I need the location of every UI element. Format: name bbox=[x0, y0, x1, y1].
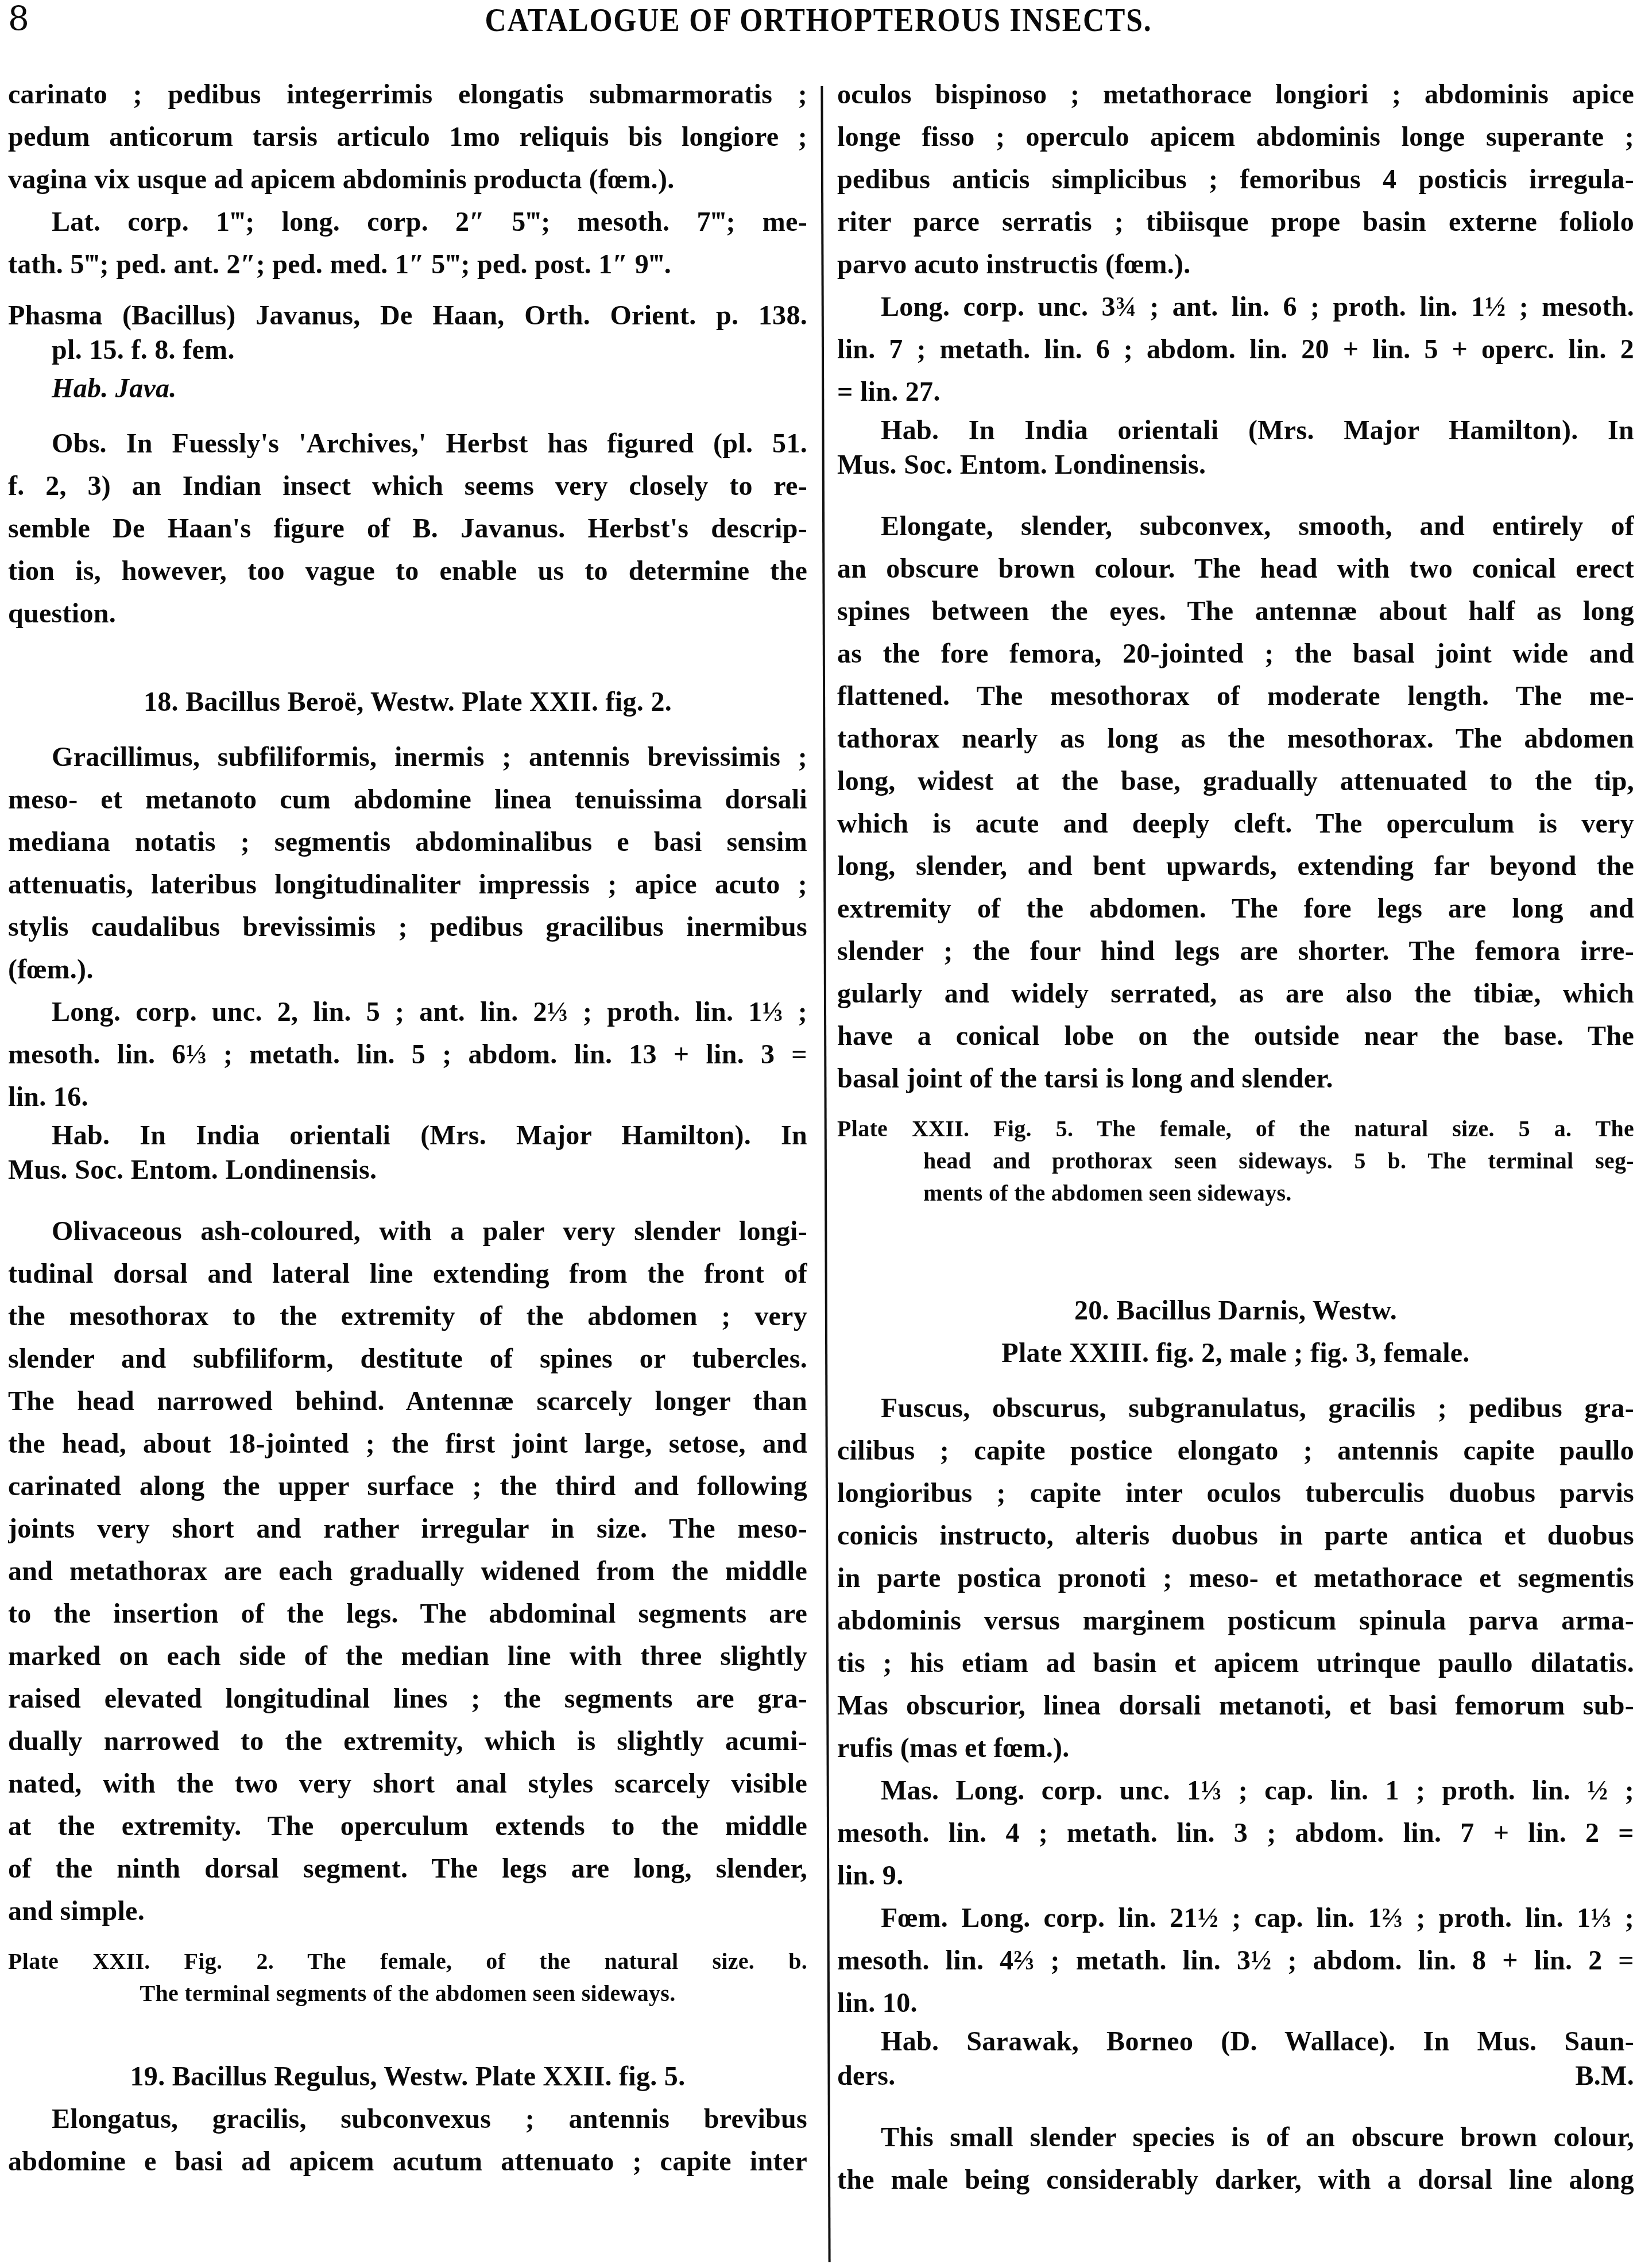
species-heading: 20. Bacillus Darnis, Westw. bbox=[837, 1290, 1634, 1332]
text-line: pedibus anticis simplicibus ; femoribus … bbox=[837, 158, 1634, 201]
text-line: Lat. corp. 1‴; long. corp. 2″ 5‴; mesoth… bbox=[8, 201, 807, 243]
habitat-line: Hab. Java. bbox=[8, 367, 807, 410]
column-divider bbox=[821, 86, 830, 2262]
text-line: spines between the eyes. The antennæ abo… bbox=[837, 590, 1634, 633]
text-line: The head narrowed behind. Antennæ scarce… bbox=[8, 1380, 807, 1423]
text-line: which is acute and deeply cleft. The ope… bbox=[837, 803, 1634, 845]
text-line: tudinal dorsal and lateral line extendin… bbox=[8, 1253, 807, 1295]
habitat-line: Mus. Soc. Entom. Londinensis. bbox=[837, 448, 1634, 482]
text-line: basal joint of the tarsi is long and sle… bbox=[837, 1058, 1634, 1100]
text-line: at the extremity. The operculum extends … bbox=[8, 1805, 807, 1848]
text-line: This small slender species is of an obsc… bbox=[837, 2116, 1634, 2159]
text-line: f. 2, 3) an Indian insect which seems ve… bbox=[8, 465, 807, 508]
text-line: slender and subfiliform, destitute of sp… bbox=[8, 1338, 807, 1380]
text-line: lin. 7 ; metath. lin. 6 ; abdom. lin. 20… bbox=[837, 328, 1634, 371]
text-line: an obscure brown colour. The head with t… bbox=[837, 548, 1634, 590]
text-line: to the insertion of the legs. The abdomi… bbox=[8, 1593, 807, 1635]
text-line: abdominis versus marginem posticum spinu… bbox=[837, 1600, 1634, 1642]
species-heading: 19. Bacillus Regulus, Westw. Plate XXII.… bbox=[8, 2056, 807, 2098]
plate-caption: head and prothorax seen sideways. 5 b. T… bbox=[837, 1145, 1634, 1177]
text-line: cilibus ; capite postice elongato ; ante… bbox=[837, 1430, 1634, 1472]
text-line: Long. corp. unc. 3¾ ; ant. lin. 6 ; prot… bbox=[837, 286, 1634, 328]
text-line: tion is, however, too vague to enable us… bbox=[8, 550, 807, 593]
text-line: Phasma (Bacillus) Javanus, De Haan, Orth… bbox=[8, 299, 807, 333]
habitat-line: ders. B.M. bbox=[837, 2059, 1634, 2093]
text-line: rufis (mas et fœm.). bbox=[837, 1727, 1634, 1770]
text-line: Fœm. Long. corp. lin. 21½ ; cap. lin. 1⅔… bbox=[837, 1897, 1634, 1940]
text-line: raised elevated longitudinal lines ; the… bbox=[8, 1678, 807, 1720]
text-line: mesoth. lin. 4 ; metath. lin. 3 ; abdom.… bbox=[837, 1812, 1634, 1855]
species-20-entry: 20. Bacillus Darnis, Westw. Plate XXIII.… bbox=[837, 1290, 1634, 2201]
text-line: long, widest at the base, gradually atte… bbox=[837, 760, 1634, 803]
text-line: the head, about 18-jointed ; the first j… bbox=[8, 1423, 807, 1465]
text-line: vagina vix usque ad apicem abdominis pro… bbox=[8, 158, 807, 201]
text-line: tath. 5‴; ped. ant. 2″; ped. med. 1″ 5‴;… bbox=[8, 243, 807, 286]
text-line: the mesothorax to the extremity of the a… bbox=[8, 1295, 807, 1338]
text-line: slender ; the four hind legs are shorter… bbox=[837, 930, 1634, 973]
text-line: lin. 9. bbox=[837, 1855, 1634, 1897]
text-line: pedum anticorum tarsis articulo 1mo reli… bbox=[8, 116, 807, 158]
species-heading: 18. Bacillus Beroë, Westw. Plate XXII. f… bbox=[8, 681, 807, 723]
synonym-citation: Phasma (Bacillus) Javanus, De Haan, Orth… bbox=[8, 299, 807, 410]
left-column: carinato ; pedibus integerrimis elongati… bbox=[8, 73, 807, 2183]
text-line: and metathorax are each gradually widene… bbox=[8, 1550, 807, 1593]
observation-paragraph: Obs. In Fuessly's 'Archives,' Herbst has… bbox=[8, 423, 807, 635]
right-column: oculos bispinoso ; metathorace longiori … bbox=[837, 73, 1634, 2201]
text-line: gularly and widely serrated, as are also… bbox=[837, 973, 1634, 1015]
text-line: joints very short and rather irregular i… bbox=[8, 1508, 807, 1550]
text-line: long, slender, and bent upwards, extendi… bbox=[837, 845, 1634, 888]
habitat-line-end: ders. bbox=[837, 2061, 895, 2091]
text-line: conicis instructo, alteris duobus in par… bbox=[837, 1515, 1634, 1557]
text-line: lin. 16. bbox=[8, 1076, 807, 1118]
text-line: (fœm.). bbox=[8, 949, 807, 991]
plate-caption: Plate XXII. Fig. 2. The female, of the n… bbox=[8, 1945, 807, 1977]
habitat-line: Mus. Soc. Entom. Londinensis. bbox=[8, 1153, 807, 1187]
text-line: Obs. In Fuessly's 'Archives,' Herbst has… bbox=[8, 423, 807, 465]
plate-caption: Plate XXII. Fig. 5. The female, of the n… bbox=[837, 1113, 1634, 1145]
text-line: question. bbox=[8, 593, 807, 635]
text-line: flattened. The mesothorax of moderate le… bbox=[837, 675, 1634, 718]
continued-description: carinato ; pedibus integerrimis elongati… bbox=[8, 73, 807, 201]
text-line: Long. corp. unc. 2, lin. 5 ; ant. lin. 2… bbox=[8, 991, 807, 1034]
collection-mark: B.M. bbox=[1575, 2059, 1634, 2093]
text-line: Gracillimus, subfiliformis, inermis ; an… bbox=[8, 736, 807, 779]
habitat-line: Hab. Sarawak, Borneo (D. Wallace). In Mu… bbox=[837, 2025, 1634, 2059]
text-line: Elongatus, gracilis, subconvexus ; anten… bbox=[8, 2098, 807, 2141]
text-line: nated, with the two very short anal styl… bbox=[8, 1763, 807, 1805]
text-line: in parte postica pronoti ; meso- et meta… bbox=[837, 1557, 1634, 1600]
text-line: mesoth. lin. 4⅔ ; metath. lin. 3½ ; abdo… bbox=[837, 1940, 1634, 1982]
text-line: and simple. bbox=[8, 1890, 807, 1933]
text-line: longioribus ; capite inter oculos tuberc… bbox=[837, 1472, 1634, 1515]
text-line: have a conical lobe on the outside near … bbox=[837, 1015, 1634, 1058]
text-line: meso- et metanoto cum abdomine linea ten… bbox=[8, 779, 807, 821]
measurements-block: Lat. corp. 1‴; long. corp. 2″ 5‴; mesoth… bbox=[8, 201, 807, 286]
text-line: oculos bispinoso ; metathorace longiori … bbox=[837, 73, 1634, 116]
species-19-continued: oculos bispinoso ; metathorace longiori … bbox=[837, 73, 1634, 1209]
species-18-entry: 18. Bacillus Beroë, Westw. Plate XXII. f… bbox=[8, 681, 807, 2010]
text-line: Fuscus, obscurus, subgranulatus, gracili… bbox=[837, 1387, 1634, 1430]
species-19-entry: 19. Bacillus Regulus, Westw. Plate XXII.… bbox=[8, 2056, 807, 2183]
text-line: pl. 15. f. 8. fem. bbox=[8, 333, 807, 367]
plate-caption: ments of the abdomen seen sideways. bbox=[837, 1177, 1634, 1209]
text-line: longe fisso ; operculo apicem abdominis … bbox=[837, 116, 1634, 158]
text-line: carinated along the upper surface ; the … bbox=[8, 1465, 807, 1508]
text-line: tis ; his etiam ad basin et apicem utrin… bbox=[837, 1642, 1634, 1685]
text-line: lin. 10. bbox=[837, 1982, 1634, 2025]
page-number: 8 bbox=[8, 1, 29, 36]
text-line: Olivaceous ash-coloured, with a paler ve… bbox=[8, 1210, 807, 1253]
text-line: stylis caudalibus brevissimis ; pedibus … bbox=[8, 906, 807, 949]
text-line: extremity of the abdomen. The fore legs … bbox=[837, 888, 1634, 930]
text-line: Mas obscurior, linea dorsali metanoti, e… bbox=[837, 1685, 1634, 1727]
text-line: = lin. 27. bbox=[837, 371, 1634, 413]
text-line: dually narrowed to the extremity, which … bbox=[8, 1720, 807, 1763]
text-line: Mas. Long. corp. unc. 1⅓ ; cap. lin. 1 ;… bbox=[837, 1770, 1634, 1812]
text-line: of the ninth dorsal segment. The legs ar… bbox=[8, 1848, 807, 1890]
habitat-line: Hab. In India orientali (Mrs. Major Hami… bbox=[8, 1118, 807, 1153]
text-line: as the fore femora, 20-jointed ; the bas… bbox=[837, 633, 1634, 675]
text-line: abdomine e basi ad apicem acutum attenua… bbox=[8, 2141, 807, 2183]
text-line: carinato ; pedibus integerrimis elongati… bbox=[8, 73, 807, 116]
running-title: CATALOGUE OF ORTHOPTEROUS INSECTS. bbox=[65, 3, 1572, 38]
plate-caption: The terminal segments of the abdomen see… bbox=[8, 1977, 807, 2010]
text-line: Elongate, slender, subconvex, smooth, an… bbox=[837, 505, 1634, 548]
plate-reference: Plate XXIII. fig. 2, male ; fig. 3, fema… bbox=[837, 1332, 1634, 1375]
text-line: tathorax nearly as long as the mesothora… bbox=[837, 718, 1634, 760]
text-line: semble De Haan's figure of B. Javanus. H… bbox=[8, 508, 807, 550]
text-line: parvo acuto instructis (fœm.). bbox=[837, 243, 1634, 286]
text-line: the male being considerably darker, with… bbox=[837, 2159, 1634, 2201]
text-line: marked on each side of the median line w… bbox=[8, 1635, 807, 1678]
habitat-line: Hab. In India orientali (Mrs. Major Hami… bbox=[837, 413, 1634, 448]
text-line: mediana notatis ; segmentis abdominalibu… bbox=[8, 821, 807, 864]
text-line: attenuatis, lateribus longitudinaliter i… bbox=[8, 864, 807, 906]
text-line: riter parce serratis ; tibiisque prope b… bbox=[837, 201, 1634, 243]
text-line: mesoth. lin. 6⅓ ; metath. lin. 5 ; abdom… bbox=[8, 1034, 807, 1076]
